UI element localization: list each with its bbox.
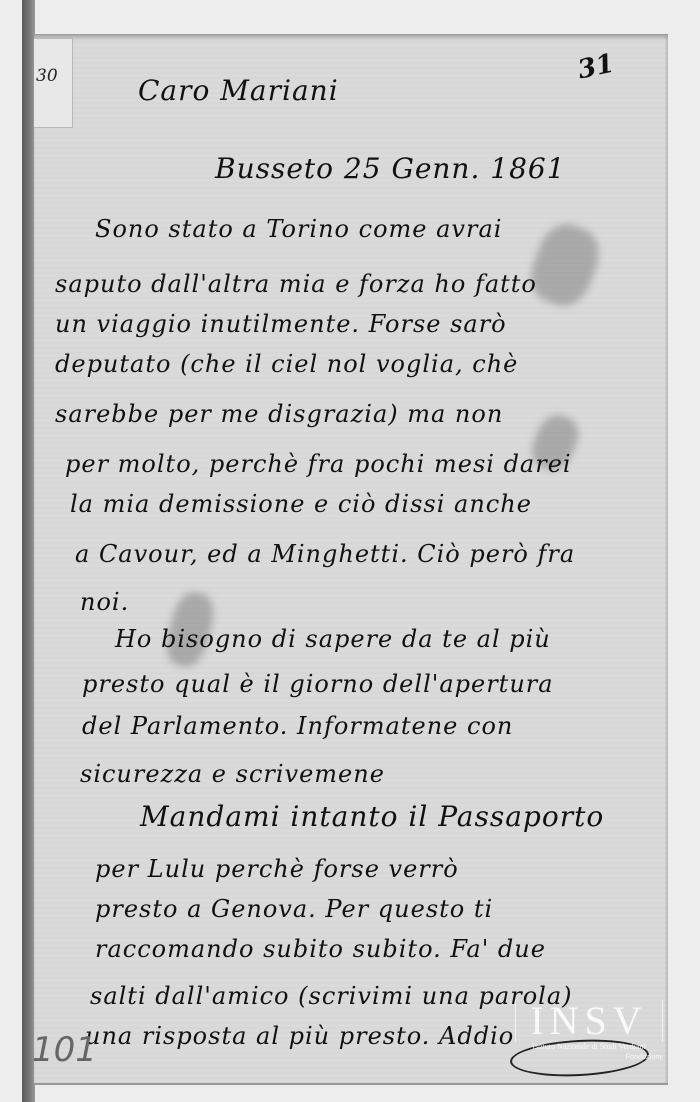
letter-line: salti dall'amico (scrivimi una parola) <box>90 982 573 1010</box>
letter-line: a Cavour, ed a Minghetti. Ciò però fra <box>75 540 575 568</box>
letter-line: sicurezza e scrivemene <box>80 760 385 788</box>
salutation: Caro Mariani <box>138 74 339 107</box>
letter-line: per molto, perchè fra pochi mesi darei <box>65 450 572 478</box>
letter-line: un viaggio inutilmente. Forse sarò <box>55 310 507 338</box>
letter-line: la mia demissione e ciò dissi anche <box>70 490 532 518</box>
letter-line: presto a Genova. Per questo ti <box>95 895 493 923</box>
letter-line: deputato (che il ciel nol voglia, chè <box>55 350 518 378</box>
letter-line: presto qual è il giorno dell'apertura <box>82 670 554 698</box>
tab-number: 30 <box>36 66 58 86</box>
pencil-page-number: 101 <box>32 1030 97 1070</box>
insv-watermark: INSV Istituto Nazionale di Studi Verdian… <box>515 1000 663 1080</box>
letter-line: Mandami intanto il Passaporto <box>140 800 604 833</box>
page-bottom-edge <box>34 1083 668 1085</box>
dateline: Busseto 25 Genn. 1861 <box>215 152 566 185</box>
letter-line: raccomando subito subito. Fa' due <box>95 935 546 963</box>
letter-line: Ho bisogno di sapere da te al più <box>115 625 551 653</box>
letter-line: sarebbe per me disgrazia) ma non <box>55 400 503 428</box>
watermark-logo: INSV <box>515 1000 663 1042</box>
letter-line: noi. <box>80 588 129 616</box>
letter-line: saputo dall'altra mia e forza ho fatto <box>55 270 537 298</box>
letter-line: una risposta al più presto. Addio <box>85 1022 514 1050</box>
watermark-foundation: Fondazione <box>515 1052 663 1061</box>
letter-line: Sono stato a Torino come avrai <box>95 215 502 243</box>
letter-line: del Parlamento. Informatene con <box>82 712 513 740</box>
watermark-institute: Istituto Nazionale di Studi Verdiani <box>515 1042 663 1052</box>
letter-line: per Lulu perchè forse verrò <box>95 855 459 883</box>
